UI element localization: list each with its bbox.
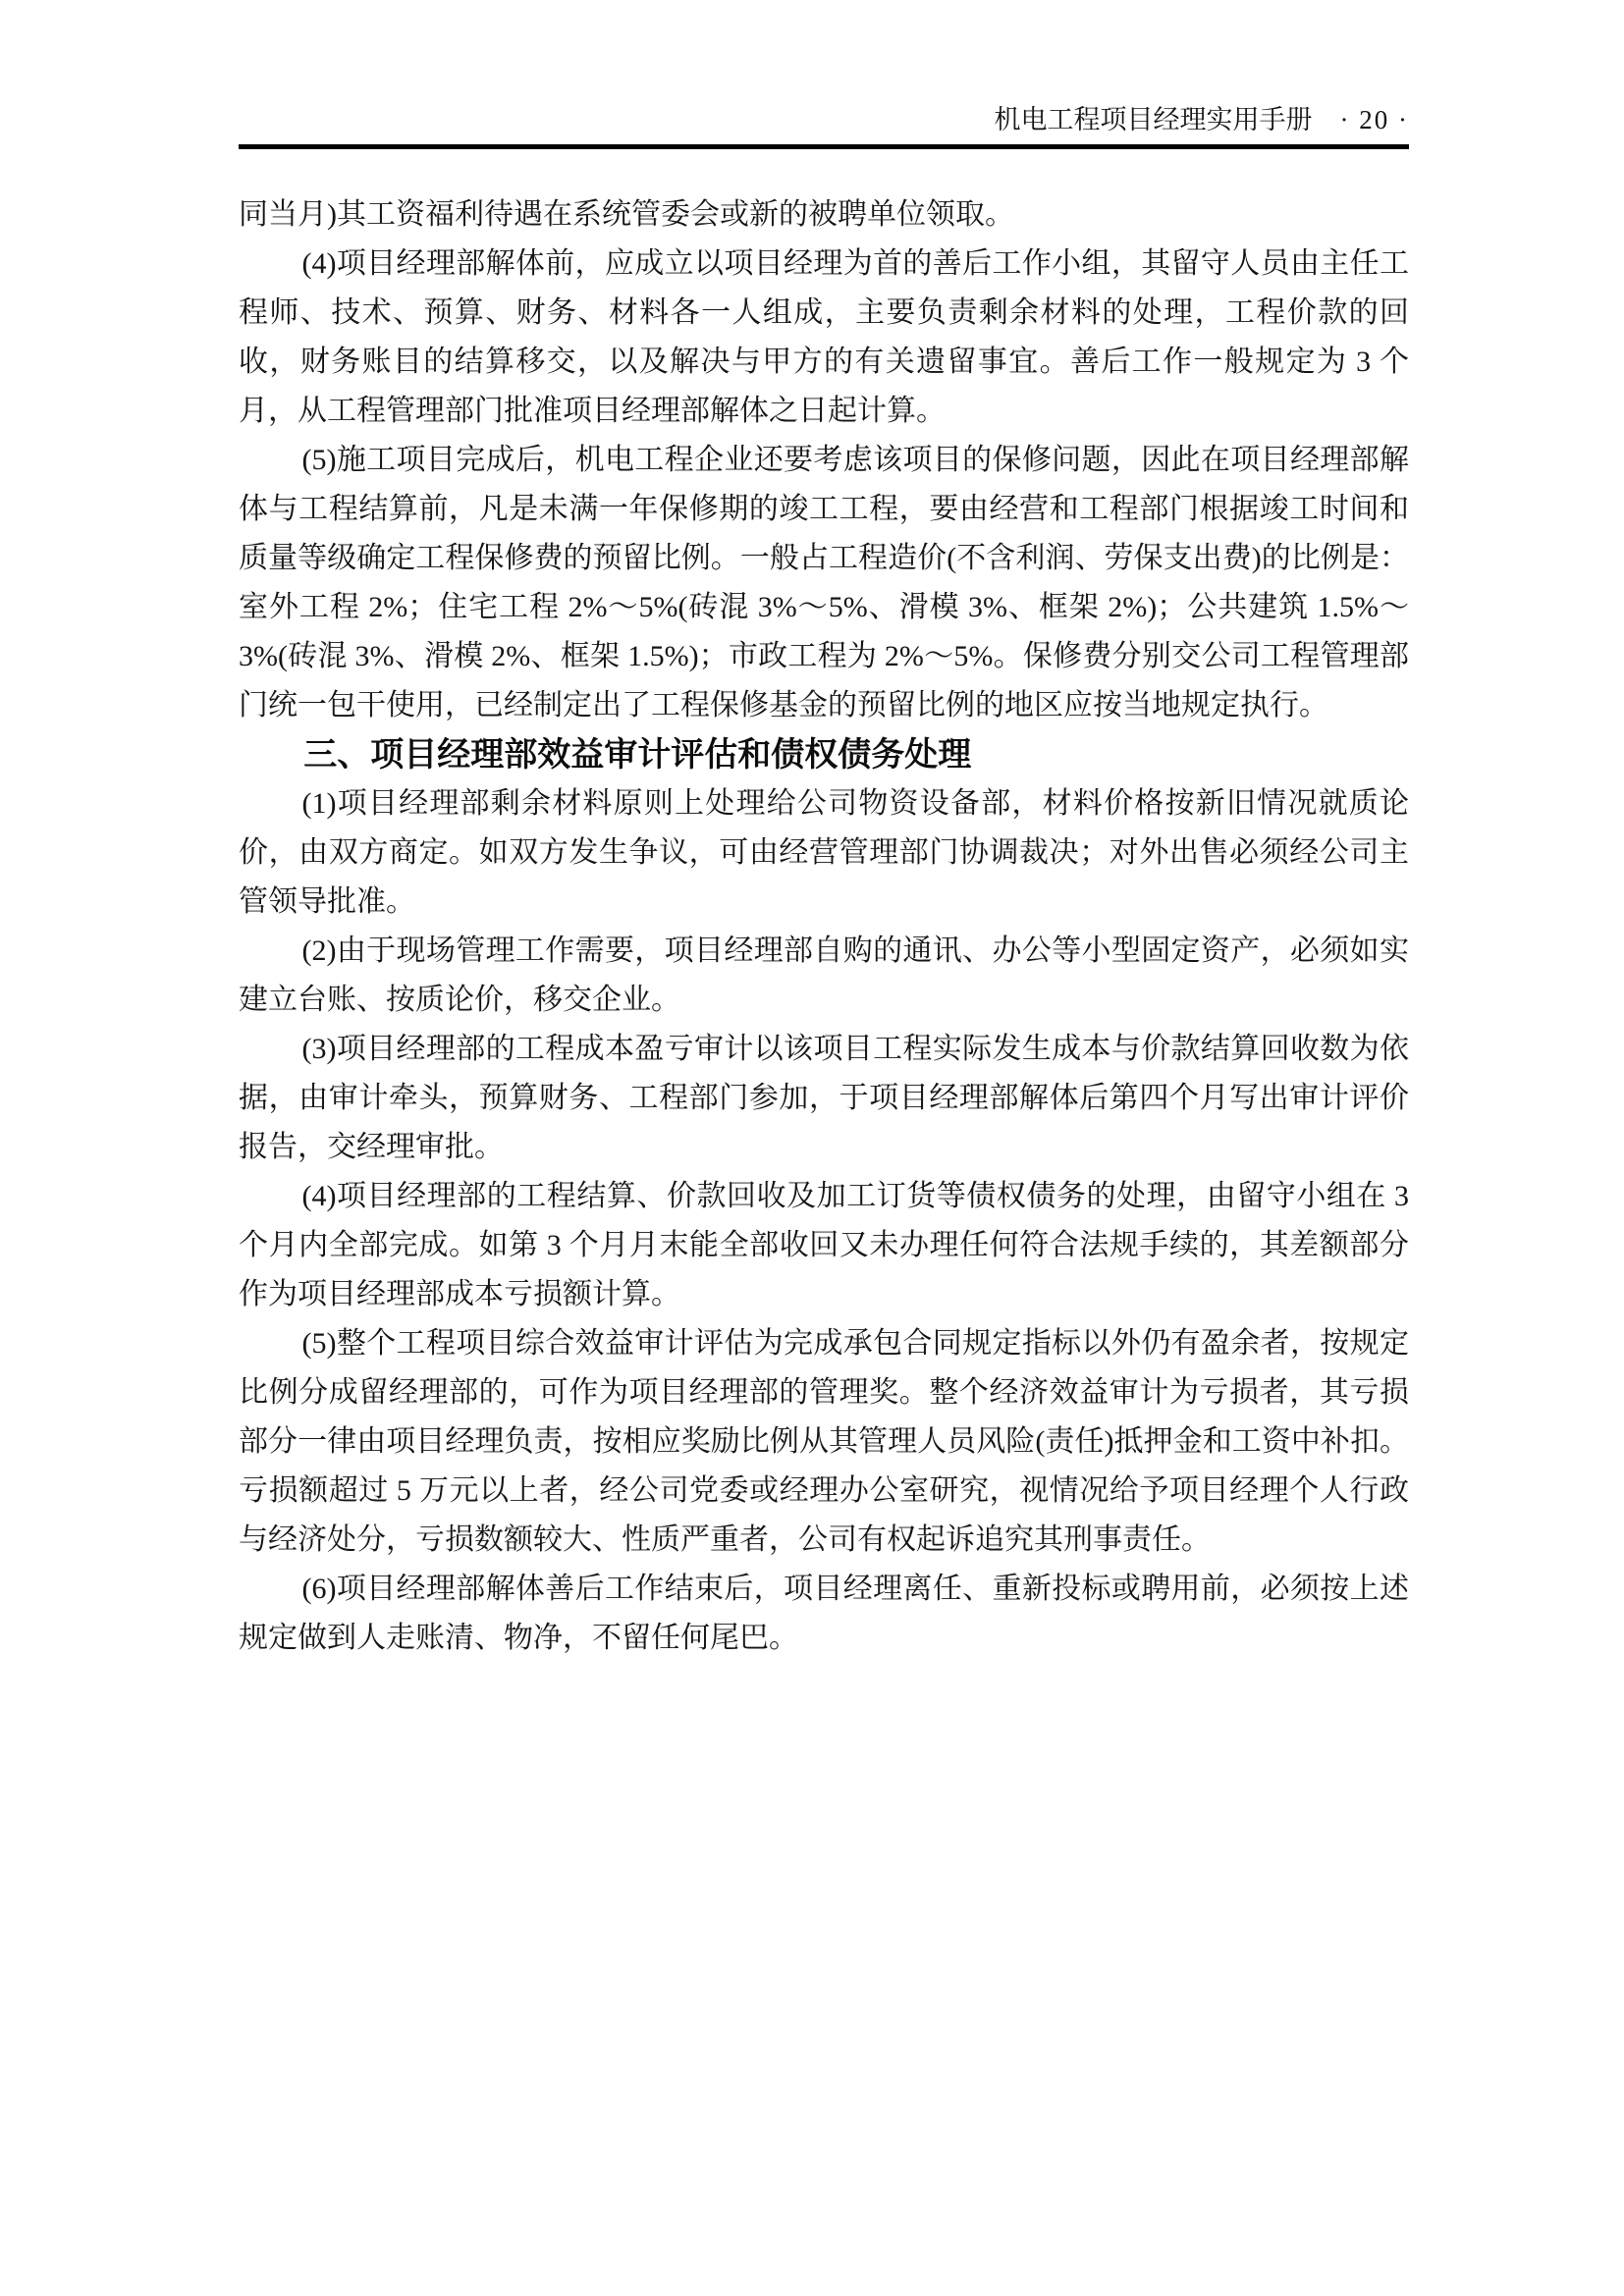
section-heading: 三、项目经理部效益审计评估和债权债务处理 (239, 730, 1409, 779)
paragraph-item-4b: (4)项目经理部的工程结算、价款回收及加工订货等债权债务的处理，由留守小组在 3… (239, 1172, 1409, 1319)
paragraph-item-4: (4)项目经理部解体前，应成立以项目经理为首的善后工作小组，其留守人员由主任工程… (239, 240, 1409, 436)
document-body: 同当月)其工资福利待遇在系统管委会或新的被聘单位领取。 (4)项目经理部解体前，… (239, 190, 1409, 1663)
page-number: · 20 · (1340, 105, 1409, 134)
paragraph-item-5: (5)施工项目完成后，机电工程企业还要考虑该项目的保修问题，因此在项目经理部解体… (239, 436, 1409, 730)
header-rule (239, 144, 1409, 149)
page-header: 机电工程项目经理实用手册· 20 · (239, 102, 1409, 137)
paragraph-item-6: (6)项目经理部解体善后工作结束后，项目经理离任、重新投标或聘用前，必须按上述规… (239, 1565, 1409, 1663)
paragraph-item-5b: (5)整个工程项目综合效益审计评估为完成承包合同规定指标以外仍有盈余者，按规定比… (239, 1319, 1409, 1565)
running-title: 机电工程项目经理实用手册 (995, 105, 1313, 134)
scanned-book-page: 机电工程项目经理实用手册· 20 · 同当月)其工资福利待遇在系统管委会或新的被… (0, 0, 1624, 2296)
paragraph-continuation: 同当月)其工资福利待遇在系统管委会或新的被聘单位领取。 (239, 190, 1409, 240)
paragraph-item-2: (2)由于现场管理工作需要，项目经理部自购的通讯、办公等小型固定资产，必须如实建… (239, 927, 1409, 1025)
paragraph-item-3: (3)项目经理部的工程成本盈亏审计以该项目工程实际发生成本与价款结算回收数为依据… (239, 1025, 1409, 1172)
paragraph-item-1: (1)项目经理部剩余材料原则上处理给公司物资设备部，材料价格按新旧情况就质论价，… (239, 779, 1409, 927)
page-content: 机电工程项目经理实用手册· 20 · 同当月)其工资福利待遇在系统管委会或新的被… (239, 102, 1409, 1663)
